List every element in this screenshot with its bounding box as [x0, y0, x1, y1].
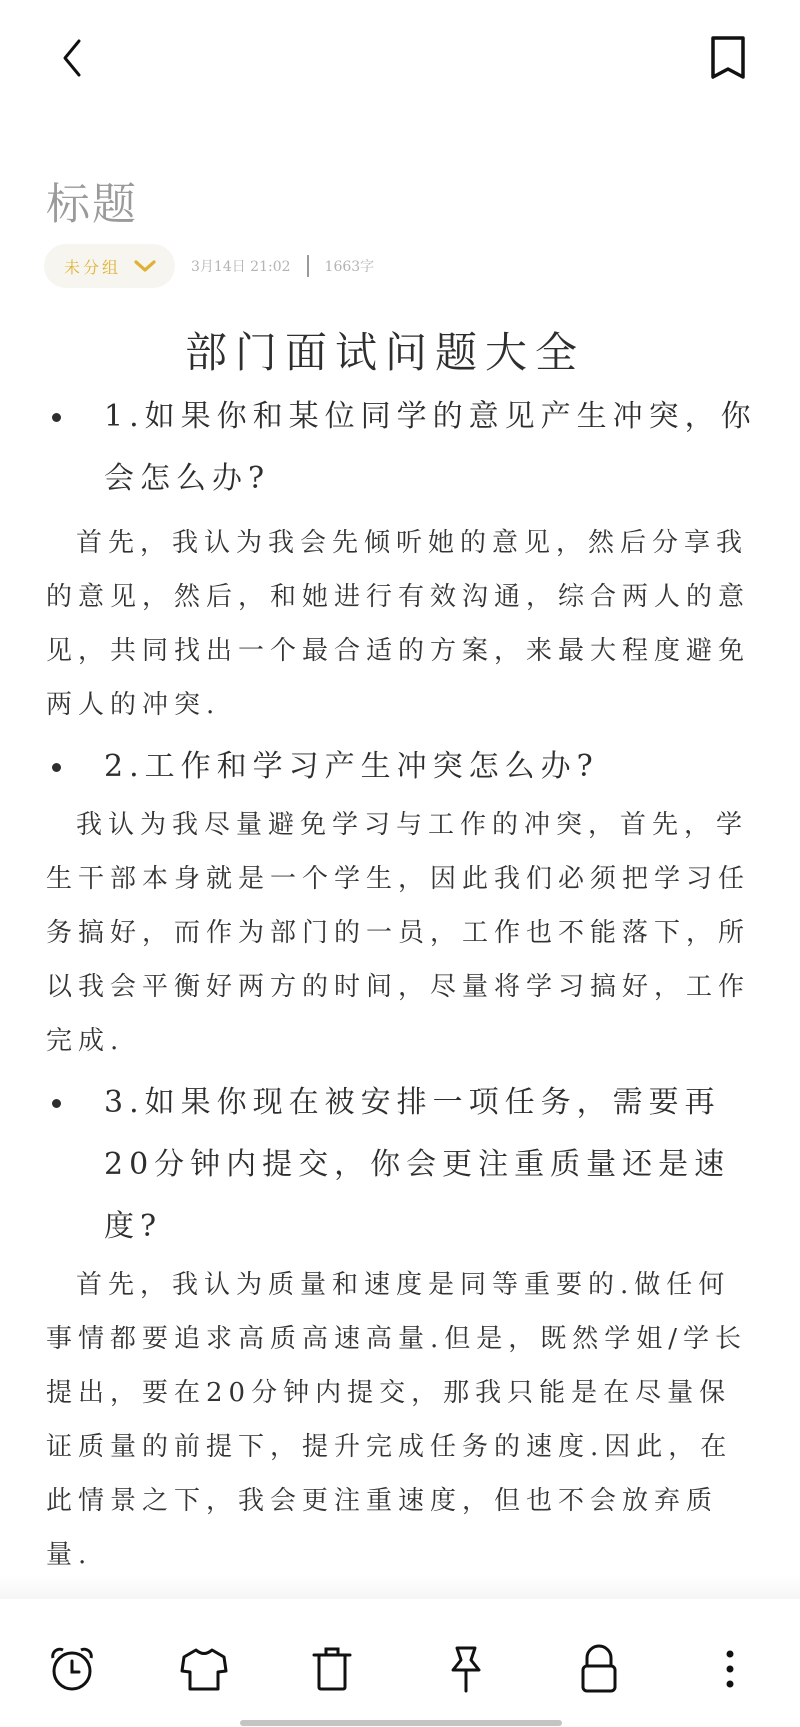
home-indicator[interactable]	[240, 1720, 562, 1726]
question-item: 2.工作和学习产生冲突怎么办?	[0, 736, 800, 798]
question-item: 1.如果你和某位同学的意见产生冲突，你会怎么办?	[0, 386, 800, 510]
delete-button[interactable]	[302, 1639, 362, 1699]
pin-button[interactable]	[436, 1639, 496, 1699]
answer-text: 首先，我认为我会先倾听她的意见，然后分享我的意见，然后，和她进行有效沟通，综合两…	[0, 516, 800, 732]
more-button[interactable]	[700, 1639, 760, 1699]
group-selector[interactable]: 未分组	[44, 244, 175, 288]
note-body[interactable]: 部门面试问题大全 1.如果你和某位同学的意见产生冲突，你会怎么办? 首先，我认为…	[0, 320, 800, 1582]
lock-button[interactable]	[569, 1639, 629, 1699]
toolbar-shadow	[0, 1575, 800, 1599]
group-label: 未分组	[64, 255, 121, 278]
bottom-toolbar	[0, 1599, 800, 1727]
alarm-clock-icon	[47, 1644, 97, 1694]
trash-icon	[310, 1645, 354, 1693]
question-item: 3.如果你现在被安排一项任务，需要再20分钟内提交，你会更注重质量还是速度?	[0, 1072, 800, 1258]
note-meta: 未分组 3月14日 21:02 1663字	[44, 244, 374, 288]
theme-button[interactable]	[174, 1639, 234, 1699]
question-text: 3.如果你现在被安排一项任务，需要再20分钟内提交，你会更注重质量还是速度?	[104, 1085, 730, 1244]
document-heading: 部门面试问题大全	[0, 320, 800, 386]
question-text: 1.如果你和某位同学的意见产生冲突，你会怎么办?	[104, 399, 757, 496]
bullet-icon	[52, 763, 61, 772]
answer-text: 首先，我认为质量和速度是同等重要的.做任何事情都要追求高质高速高量.但是，既然学…	[0, 1258, 800, 1582]
bookmark-icon	[708, 34, 748, 82]
lock-icon	[579, 1644, 619, 1694]
reminder-button[interactable]	[42, 1639, 102, 1699]
chevron-left-icon	[57, 36, 87, 80]
more-vertical-icon	[724, 1647, 736, 1691]
bookmark-button[interactable]	[700, 30, 756, 86]
note-date: 3月14日 21:02	[191, 256, 291, 276]
question-text: 2.工作和学习产生冲突怎么办?	[104, 749, 599, 784]
answer-text: 我认为我尽量避免学习与工作的冲突，首先，学生干部本身就是一个学生，因此我们必须把…	[0, 798, 800, 1068]
chevron-down-icon	[133, 258, 157, 274]
pushpin-icon	[446, 1644, 486, 1694]
word-count: 1663字	[325, 256, 375, 276]
shirt-icon	[178, 1645, 230, 1693]
bullet-icon	[52, 1099, 61, 1108]
bullet-icon	[52, 413, 61, 422]
note-title[interactable]: 标题	[46, 168, 138, 232]
back-button[interactable]	[44, 30, 100, 86]
top-bar	[0, 0, 800, 130]
meta-divider	[307, 255, 309, 277]
